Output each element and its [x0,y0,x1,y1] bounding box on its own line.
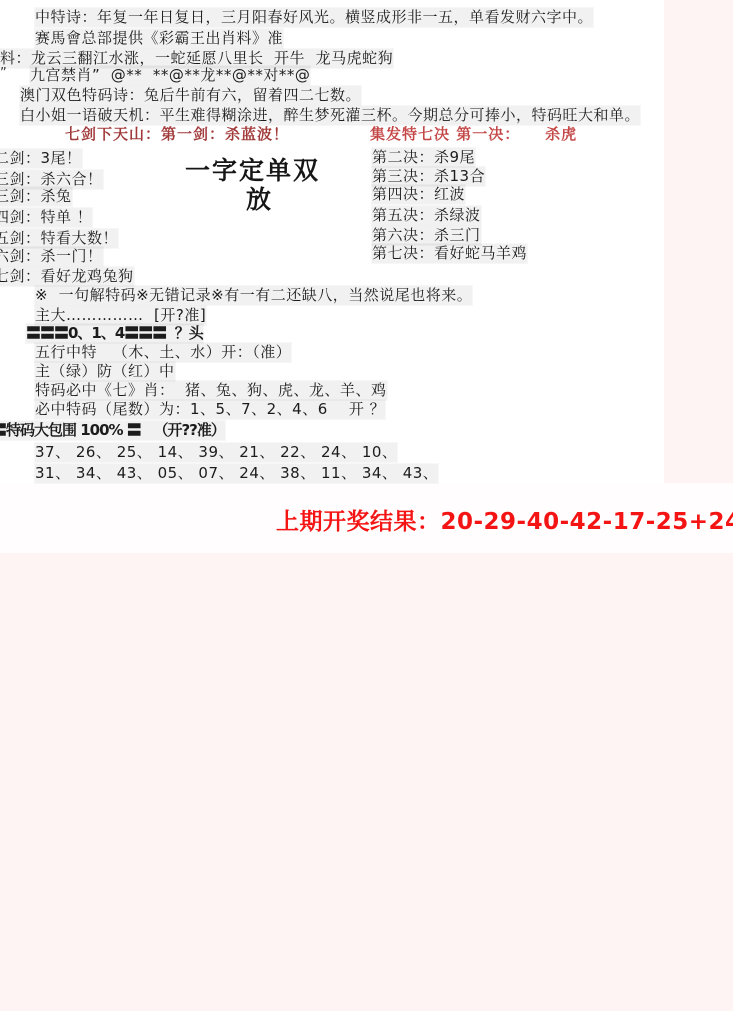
lottery-tip-sheet: 中特诗：年复一年日复日，三月阳春好风光。横竖成形非一五，单看发财六字中。 赛馬會… [0,0,733,1011]
sword-line-6: 六剑：杀一门！ [0,247,103,266]
saima-provider-line: 赛馬會总部提供《彩霸王出肖料》准 [35,29,283,48]
numbers-row-2: 31、 34、 43、 05、 07、 24、 38、 11、 34、 43、 [35,464,438,483]
bars-head-line: 〓〓〓0、1、4〓〓〓 ？头 [26,324,203,343]
last-draw-result-label: 上期开奖结果： [276,509,441,535]
last-draw-result: 上期开奖结果：20-29-40-42-17-25+24 [276,503,733,536]
last-draw-result-numbers: 20-29-40-42-17-25+24 [441,509,733,535]
sword-line-5: 五剑：特看大数！ [0,229,118,248]
bizhong-line: 必中特码（尾数）为：1、5、7、2、4、6 开 ？ [35,400,385,419]
texiao-line: 特码必中《七》肖： 猪、兔、狗、虎、龙、羊、鸡 [35,381,387,400]
jiugong-clipped-fragment: ” [0,66,7,81]
jue-line-6: 第六决：杀三门 [372,226,481,245]
jue-line-3: 第三决：杀13合 [372,167,485,186]
jue-line-2: 第二决：杀9尾 [372,148,475,167]
jiugong-jinxiao-line: 九宫禁肖” @** **@**龙**@**对**@ [30,66,310,85]
jue-line-7: 第七决：看好蛇马羊鸡 [372,244,527,263]
jieptema-line: ※ 一句解特码※无错记录※有一有二还缺八，当然说尾也将来。 [35,286,472,305]
sword-line-2: 二剑：3尾！ [0,149,82,168]
zhuda-line: 主大…………… [开?准] [35,306,206,325]
jue-line-4: 第四决：红波 [372,185,465,204]
zhongte-poem-line: 中特诗：年复一年日复日，三月阳春好风光。横竖成形非一五，单看发财六字中。 [35,8,593,27]
seven-jue-header: 集发特七决 第一决： 杀虎 [370,125,577,144]
baixiaojie-line: 白小姐一语破天机：平生难得糊涂进，醉生梦死灌三杯。今期总分可捧小，特码旺大和单。 [20,106,640,125]
jue-line-5: 第五决：杀绿波 [372,206,481,225]
sword-line-7: 七剑：看好龙鸡兔狗 [0,267,134,286]
numbers-row-1: 37、 26、 25、 14、 39、 21、 22、 24、 10、 [35,443,397,462]
sword-line-4: 四剑：特单 ！ [0,208,92,227]
sword-line-3b: 三剑：杀兔 [0,187,72,206]
big-title-line1: 一字定单双 [185,158,320,184]
wuxing-line: 五行中特 （木、土、水）开：（准） [35,343,291,362]
seven-swords-header: 七剑下天山：第一剑：杀蓝波！ [65,125,289,144]
aomen-poem-line: 澳门双色特码诗：兔后牛前有六，留着四二七数。 [20,86,361,105]
zhulv-line: 主（绿）防（红）中 [35,362,175,381]
baowei-line: 〓特码大包围 100% 〓 （开??准） [0,421,225,440]
big-title-line2: 放 [246,187,273,213]
